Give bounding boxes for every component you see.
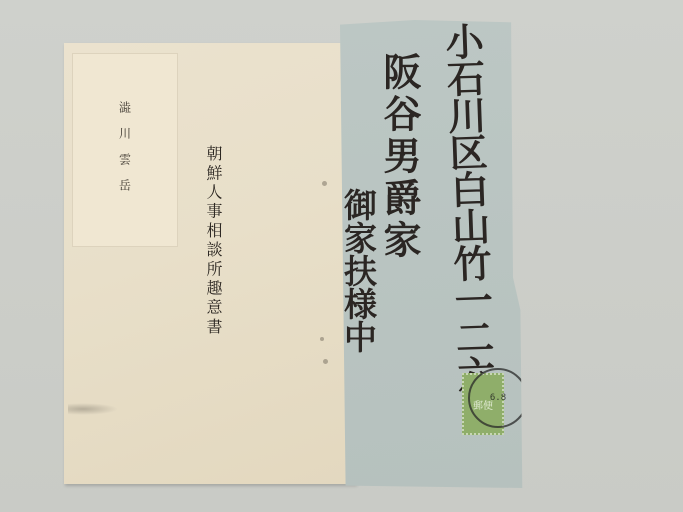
author-name: 澁川雲岳 <box>117 101 134 205</box>
address-line-2: 阪谷男爵家 <box>380 52 418 262</box>
paper-stain <box>323 359 328 364</box>
ink-smudge <box>68 403 118 415</box>
author-label-slip: 澁川雲岳 <box>72 53 178 247</box>
booklet-cover: 澁川雲岳 朝鮮人事相談所趣意書 <box>64 43 356 484</box>
envelope-wrapper: 小石川区白山竹一二六 阪谷男爵家 御家扶様中 郵便 6.8 <box>340 20 526 488</box>
photo-backdrop: 澁川雲岳 朝鮮人事相談所趣意書 小石川区白山竹一二六 阪谷男爵家 御家扶様中 郵… <box>0 0 683 512</box>
paper-stain <box>320 337 324 341</box>
booklet-title: 朝鮮人事相談所趣意書 <box>202 145 225 337</box>
address-line-1: 小石川区白山竹一二六 <box>442 21 493 392</box>
paper-stain <box>322 181 327 186</box>
postmark-date: 6.8 <box>490 393 506 403</box>
address-line-3: 御家扶様中 <box>342 188 375 353</box>
postmark-cancel: 6.8 <box>468 368 528 428</box>
